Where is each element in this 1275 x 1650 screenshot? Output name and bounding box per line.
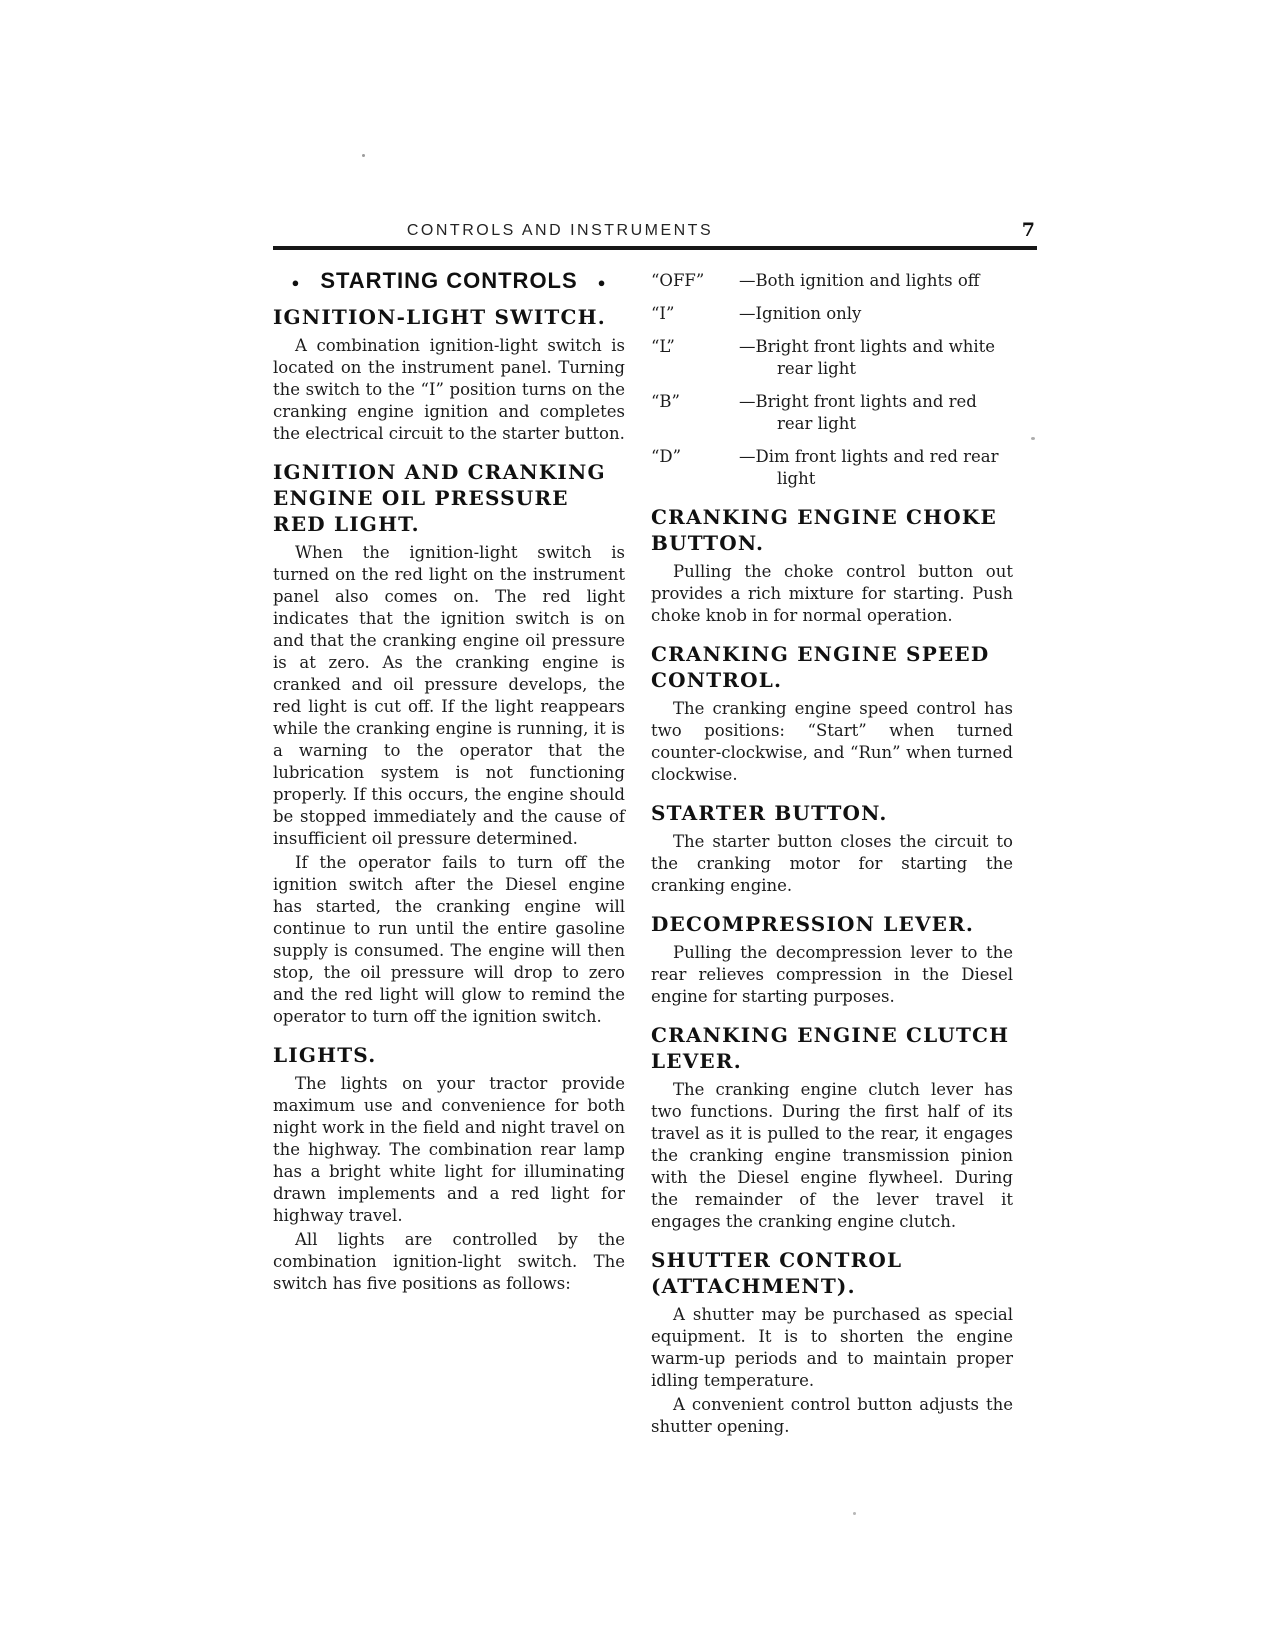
paragraph: The starter button closes the circuit to…	[651, 831, 1013, 897]
section-heading-clutch-lever: CRANKING ENGINE CLUTCH LEVER.	[651, 1022, 1013, 1074]
switch-position-term: “OFF”	[651, 270, 739, 292]
content-columns: ● STARTING CONTROLS ● IGNITION-LIGHT SWI…	[273, 268, 1013, 1440]
switch-position-desc: —Bright front lights and white rear ligh…	[739, 336, 1013, 380]
section-banner-title: STARTING CONTROLS	[320, 268, 577, 294]
switch-position-term: “L”	[651, 336, 739, 380]
section-heading-oil-pressure-red-light: IGNITION AND CRANKING ENGINE OIL PRESSUR…	[273, 459, 625, 537]
right-column: “OFF” —Both ignition and lights off “I” …	[651, 268, 1013, 1440]
section-heading-ignition-light-switch: IGNITION-LIGHT SWITCH.	[273, 304, 625, 330]
paragraph: If the operator fails to turn off the ig…	[273, 852, 625, 1028]
scan-artifact	[362, 154, 365, 157]
switch-position-term: “I”	[651, 303, 739, 325]
list-item: “D” —Dim front lights and red rear light	[651, 446, 1013, 490]
switch-position-desc: —Bright front lights and red rear light	[739, 391, 1013, 435]
scan-artifact	[853, 1512, 856, 1515]
section-heading-shutter-control: SHUTTER CONTROL (ATTACHMENT).	[651, 1247, 1013, 1299]
left-column: ● STARTING CONTROLS ● IGNITION-LIGHT SWI…	[273, 268, 625, 1440]
switch-position-desc: —Dim front lights and red rear light	[739, 446, 1013, 490]
list-item: “L” —Bright front lights and white rear …	[651, 336, 1013, 380]
paragraph: When the ignition-light switch is turned…	[273, 542, 625, 850]
list-item: “I” —Ignition only	[651, 303, 1013, 325]
switch-position-term: “D”	[651, 446, 739, 490]
switch-position-list: “OFF” —Both ignition and lights off “I” …	[651, 270, 1013, 490]
scan-artifact	[1031, 437, 1035, 440]
section-heading-decompression-lever: DECOMPRESSION LEVER.	[651, 911, 1013, 937]
paragraph: All lights are controlled by the combina…	[273, 1229, 625, 1295]
running-head: CONTROLS AND INSTRUMENTS	[273, 222, 1037, 240]
paragraph: Pulling the choke control button out pro…	[651, 561, 1013, 627]
bullet-icon: ●	[598, 276, 607, 289]
bullet-icon: ●	[291, 276, 300, 289]
section-heading-speed-control: CRANKING ENGINE SPEED CONTROL.	[651, 641, 1013, 693]
paragraph: The lights on your tractor provide maxim…	[273, 1073, 625, 1227]
paragraph: The cranking engine clutch lever has two…	[651, 1079, 1013, 1233]
section-heading-lights: LIGHTS.	[273, 1042, 625, 1068]
page-number: 7	[1022, 219, 1035, 241]
page-header: CONTROLS AND INSTRUMENTS 7	[273, 222, 1037, 250]
switch-position-desc: —Ignition only	[739, 303, 1013, 325]
switch-position-desc: —Both ignition and lights off	[739, 270, 1013, 292]
section-heading-starter-button: STARTER BUTTON.	[651, 800, 1013, 826]
paragraph: The cranking engine speed control has tw…	[651, 698, 1013, 786]
paragraph: A convenient control button adjusts the …	[651, 1394, 1013, 1438]
switch-position-term: “B”	[651, 391, 739, 435]
manual-page: CONTROLS AND INSTRUMENTS 7 ● STARTING CO…	[0, 0, 1275, 1650]
paragraph: A combination ignition-light switch is l…	[273, 335, 625, 445]
list-item: “B” —Bright front lights and red rear li…	[651, 391, 1013, 435]
paragraph: A shutter may be purchased as special eq…	[651, 1304, 1013, 1392]
list-item: “OFF” —Both ignition and lights off	[651, 270, 1013, 292]
paragraph: Pulling the decompression lever to the r…	[651, 942, 1013, 1008]
section-heading-choke-button: CRANKING ENGINE CHOKE BUTTON.	[651, 504, 1013, 556]
section-banner: ● STARTING CONTROLS ●	[273, 268, 625, 294]
